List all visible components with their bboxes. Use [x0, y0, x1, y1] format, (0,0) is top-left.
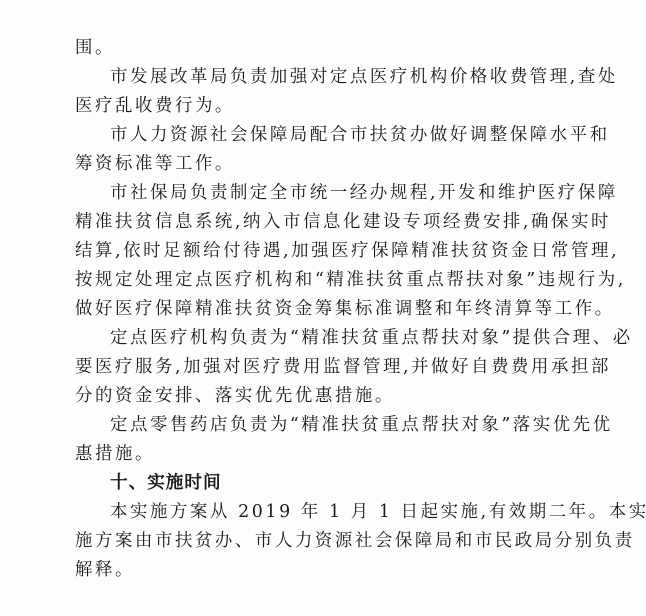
text-line: 做好医疗保障精准扶贫资金筹集标准调整和年终清算等工作。	[75, 295, 575, 324]
paragraph-start: 市人力资源社会保障局配合市扶贫办做好调整保障水平和	[110, 121, 575, 150]
paragraph-start: 市发展改革局负责加强对定点医疗机构价格收费管理,查处	[110, 63, 575, 92]
text-line: 施方案由市扶贫办、市人力资源社会保障局和市民政局分别负责	[75, 527, 575, 556]
text-line: 医疗乱收费行为。	[75, 92, 575, 121]
text-line: 结算,依时足额给付待遇,加强医疗保障精准扶贫资金日常管理,	[75, 237, 575, 266]
text-line: 分的资金安排、落实优先优惠措施。	[75, 382, 575, 411]
text-line: 惠措施。	[75, 440, 575, 469]
paragraph-start: 定点医疗机构负责为“精准扶贫重点帮扶对象”提供合理、必	[110, 324, 575, 353]
paragraph-start: 定点零售药店负责为“精准扶贫重点帮扶对象”落实优先优	[110, 411, 575, 440]
paragraph-start: 本实施方案从 2019 年 1 月 1 日起实施,有效期二年。本实	[110, 498, 575, 527]
text-line: 筹资标准等工作。	[75, 150, 575, 179]
text-line: 按规定处理定点医疗机构和“精准扶贫重点帮扶对象”违规行为,	[75, 266, 575, 295]
text-line: 围。	[75, 34, 575, 63]
text-line: 解释。	[75, 556, 575, 585]
document-page: 围。 市发展改革局负责加强对定点医疗机构价格收费管理,查处 医疗乱收费行为。 市…	[0, 0, 646, 616]
section-heading: 十、实施时间	[110, 469, 575, 498]
text-line: 要医疗服务,加强对医疗费用监督管理,并做好自费费用承担部	[75, 353, 575, 382]
paragraph-start: 市社保局负责制定全市统一经办规程,开发和维护医疗保障	[110, 179, 575, 208]
text-line: 精准扶贫信息系统,纳入市信息化建设专项经费安排,确保实时	[75, 208, 575, 237]
